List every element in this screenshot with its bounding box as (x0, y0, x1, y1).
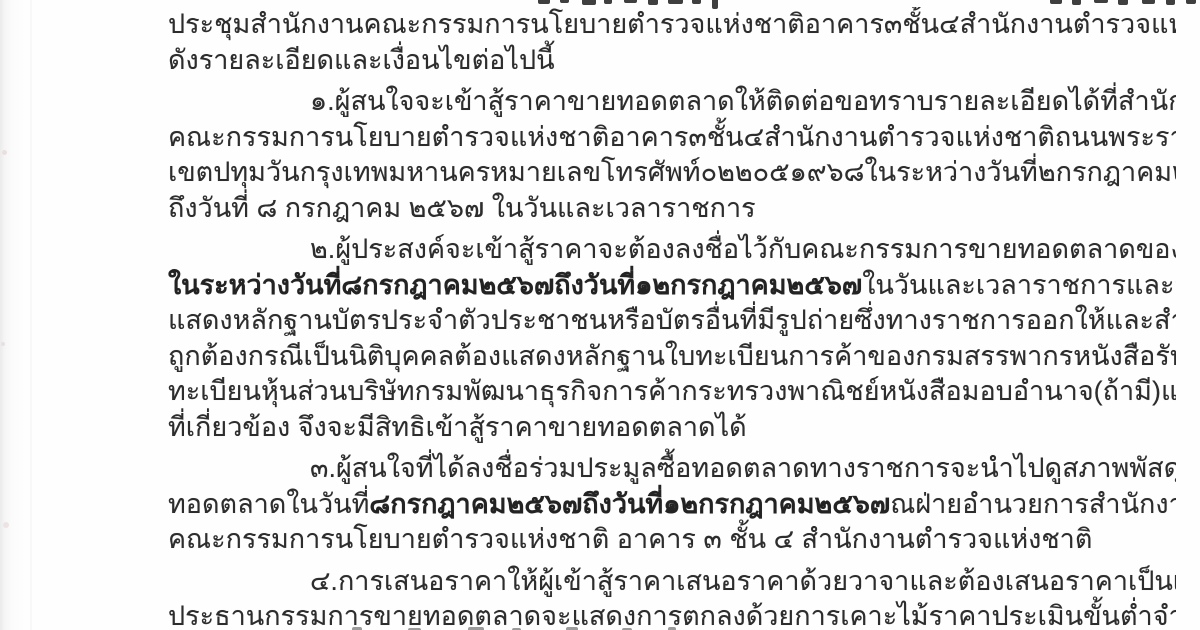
text-token: ถนนพระรามที่ (1055, 120, 1176, 156)
text-token: สำนักงาน (1118, 84, 1176, 120)
document-line: ที่เกี่ยวข้อง จึงจะมีสิทธิเข้าสู้ราคาขาย… (168, 410, 1176, 446)
clipped-glyph-fragment (560, 0, 569, 3)
text-token: และต้องเสนอราคาเป็นเงินบาทอย่างเดียว (909, 564, 1176, 600)
document-line: ถึงวันที่ ๘ กรกฎาคม ๒๕๖๗ ในวันและเวลาราช… (168, 191, 1176, 227)
document-line: เขตปทุมวันกรุงเทพมหานครหมายเลขโทรศัพท์๐๒… (168, 155, 1176, 191)
text-token: กรุงเทพมหานคร (300, 155, 491, 191)
text-token: ถึงวันที่ ๘ กรกฎาคม ๒๕๖๗ ในวันและเวลาราช… (168, 193, 756, 223)
text-token: ถูกต้อง (168, 339, 248, 375)
text-token: และสำเนาที่มีการรับรอง (1106, 303, 1176, 339)
document-line: ประชุมสำนักงานคณะกรรมการนโยบายตำรวจแห่งช… (168, 7, 1176, 43)
document-line: ทอดตลาดในวันที่๘กรกฎาคม๒๕๖๗ถึงวันที่๑๒กร… (168, 487, 1176, 523)
document-line: ในระหว่างวันที่๘กรกฎาคม๒๕๖๗ถึงวันที่๑๒กร… (168, 268, 1176, 304)
clipped-glyph-fragment (1072, 0, 1081, 5)
text-token: อาคาร (609, 120, 688, 156)
clipped-glyph-fragment (1118, 0, 1128, 5)
bold-text-token: ๘ (369, 487, 390, 523)
text-token: ชั้น (902, 7, 939, 43)
text-token: ๓ (884, 7, 902, 43)
text-token: ผู้สนใจที่ได้ลงชื่อร่วมประมูลซื้อทอดตลาด (336, 451, 810, 487)
text-token: การเสนอราคา (338, 564, 507, 600)
clipped-glyph-fragment (1166, 0, 1175, 5)
bold-text-token: ๒๕๖๗ (815, 487, 891, 523)
text-token: หมายเลขโทรศัพท์ (490, 155, 700, 191)
text-token: ๒๒๐๕ (717, 155, 790, 191)
document-line: แสดงหลักฐานบัตรประจำตัวประชาชนหรือบัตรอื… (168, 303, 1176, 339)
document-line: ๓.ผู้สนใจที่ได้ลงชื่อร่วมประมูลซื้อทอดตล… (168, 451, 1176, 487)
text-token: (ถ้ามี) (1094, 374, 1161, 410)
text-token: ผู้สนใจจะเข้าสู้ราคาขายทอดตลาด (335, 84, 735, 120)
text-token: กรณีเป็นนิติบุคคลต้องแสดงหลักฐานใบทะเบีย… (248, 339, 1074, 375)
text-token: จำนวนเงิน (1153, 599, 1176, 630)
text-token: สำนักงานตำรวจแห่งชาติ (960, 7, 1176, 43)
document-text-block: ประชุมสำนักงานคณะกรรมการนโยบายตำรวจแห่งช… (168, 7, 1176, 630)
clipped-glyph-fragment (1186, 0, 1196, 4)
text-token: ในระหว่างวันที่ (864, 155, 1037, 191)
text-token: เขตปทุมวัน (168, 155, 300, 191)
text-token: ๑. (310, 84, 335, 120)
text-token: ๑๙๖๘ (790, 155, 865, 191)
text-token: ดังรายละเอียดและเงื่อนไขต่อไปนี้ (168, 45, 555, 75)
text-token: ทางราชการจะนำไปดูสภาพพัสดุที่จะขาย (810, 451, 1176, 487)
document-line: คณะกรรมการนโยบายตำรวจแห่งชาติอาคาร๓ชั้น๔… (168, 120, 1176, 156)
scan-edge-streak (30, 0, 32, 630)
text-token: แสดงหลักฐานบัตรประจำตัวประชาชน (168, 303, 607, 339)
text-token: และเอกสารอื่น (1161, 374, 1176, 410)
text-token: ๓. (310, 451, 336, 487)
text-token: สำนักงานคณะกรรมการนโยบายตำรวจแห่งชาติ (250, 7, 805, 43)
text-token: สำนักงานตำรวจแห่งชาติ (764, 120, 1055, 156)
clipped-glyph-fragment (712, 0, 718, 9)
document-line: ๒.ผู้ประสงค์จะเข้าสู้ราคาจะต้องลงชื่อไว้… (168, 232, 1176, 268)
text-token: หนังสือมอบอำนาจ (880, 374, 1094, 410)
text-token: หนังสือรับรองสำนักงาน (1073, 339, 1176, 375)
text-token: จะแสดงการตกลงด้วยการเคาะไม้ (541, 599, 928, 630)
bold-text-token: กรกฎาคม (698, 487, 814, 523)
bold-text-token: ถึงวันที่ (582, 487, 663, 523)
document-line: ดังรายละเอียดและเงื่อนไขต่อไปนี้ (168, 43, 1176, 79)
document-line: ๔.การเสนอราคาให้ผู้เข้าสู้ราคาเสนอราคาด้… (168, 564, 1176, 600)
clipped-glyph-fragment (538, 0, 550, 4)
text-token: ทะเบียนหุ้นส่วนบริษัท (168, 374, 415, 410)
document-line: ทะเบียนหุ้นส่วนบริษัทกรมพัฒนาธุรกิจการค้… (168, 374, 1176, 410)
bold-text-token: กรกฎาคม (362, 268, 478, 304)
text-token: ทอดตลาด (168, 487, 286, 523)
text-token: กระทรวงพาณิชย์ (681, 374, 879, 410)
bold-text-token: กรกฎาคม (670, 268, 786, 304)
bold-text-token: ถึงวันที่ (554, 268, 635, 304)
document-line: ถูกต้องกรณีเป็นนิติบุคคลต้องแสดงหลักฐานใ… (168, 339, 1176, 375)
text-token: สำนักงาน (1089, 487, 1176, 523)
scan-speck (1, 342, 5, 346)
clipped-glyph-fragment (668, 0, 683, 4)
text-token: จะต้องลงชื่อไว้กับคณะกรรมการขายทอดตลาดขอ… (598, 232, 1176, 268)
text-token: ๒๕๖๗ (1172, 155, 1176, 191)
text-token: ฝ่ายอำนวยการ (915, 487, 1089, 523)
bold-text-token: ๑๒ (663, 487, 698, 523)
clipped-glyph-fragment (648, 0, 658, 5)
bold-text-token: ๘ (341, 268, 362, 304)
text-token: ในวันที่ (286, 487, 369, 523)
text-token: ผู้ประสงค์จะเข้าสู้ราคา (335, 232, 597, 268)
text-token: ๔. (310, 564, 338, 600)
bold-text-token: ๒๕๖๗ (787, 268, 863, 304)
text-token: ประธานกรรมการขายทอดตลาด (168, 599, 541, 630)
text-token: คณะกรรมการนโยบายตำรวจแห่งชาติ อาคาร ๓ ชั… (168, 524, 1092, 554)
text-token: หรือบัตรอื่นที่มีรูปถ่ายซึ่งทางราชการออก… (607, 303, 1105, 339)
clipped-glyph-fragment (1050, 0, 1062, 4)
bold-text-token: ๑๒ (635, 268, 670, 304)
clipped-glyph-fragment (604, 0, 612, 4)
bold-text-token: ในระหว่างวันที่ (168, 268, 341, 304)
document-page: ประชุมสำนักงานคณะกรรมการนโยบายตำรวจแห่งช… (0, 0, 1200, 630)
clipped-glyph-fragment (1142, 0, 1155, 4)
text-token: กรกฎาคม (1056, 155, 1172, 191)
text-token: และจะต้อง (1126, 268, 1176, 304)
clipped-glyph-fragment (582, 0, 596, 5)
text-token: ณ (890, 487, 915, 523)
clipped-glyph-fragment (1094, 0, 1108, 3)
text-token: ให้ติดต่อขอทราบรายละเอียดได้ที่ (735, 84, 1118, 120)
document-line: คณะกรรมการนโยบายตำรวจแห่งชาติ อาคาร ๓ ชั… (168, 522, 1176, 558)
text-token: ๔ (744, 120, 764, 156)
document-line: ประธานกรรมการขายทอดตลาดจะแสดงการตกลงด้วย… (168, 599, 1176, 630)
bold-text-token: ๒๕๖๗ (479, 268, 555, 304)
scan-left-edge-shading (0, 0, 42, 630)
text-token: ในวันและเวลาราชการ (862, 268, 1126, 304)
text-token: ๒ (1038, 155, 1056, 191)
text-token: ชั้น (707, 120, 744, 156)
text-token: กรมพัฒนาธุรกิจการค้า (415, 374, 682, 410)
clipped-glyph-fragment (624, 0, 637, 3)
scan-speck (2, 150, 7, 155)
text-token: คณะกรรมการนโยบายตำรวจแห่งชาติ (168, 120, 609, 156)
scan-speck (3, 522, 9, 528)
bold-text-token: ๒๕๖๗ (507, 487, 583, 523)
text-token: ให้ผู้เข้าสู้ราคาเสนอราคาด้วยวาจา (507, 564, 909, 600)
text-token: ประชุม (168, 7, 250, 43)
bold-text-token: กรกฎาคม (390, 487, 506, 523)
clipped-glyph-fragment (692, 0, 701, 4)
text-token: ๔ (939, 7, 959, 43)
text-token: ราคาประเมินขั้นต่ำ (929, 599, 1153, 630)
document-line: ๑.ผู้สนใจจะเข้าสู้ราคาขายทอดตลาดให้ติดต่… (168, 84, 1176, 120)
text-token: อาคาร (805, 7, 884, 43)
text-token: ที่เกี่ยวข้อง จึงจะมีสิทธิเข้าสู้ราคาขาย… (168, 412, 747, 442)
text-token: ๒. (310, 232, 335, 268)
text-token: ๓ (688, 120, 706, 156)
text-token: ๐ (701, 155, 717, 191)
